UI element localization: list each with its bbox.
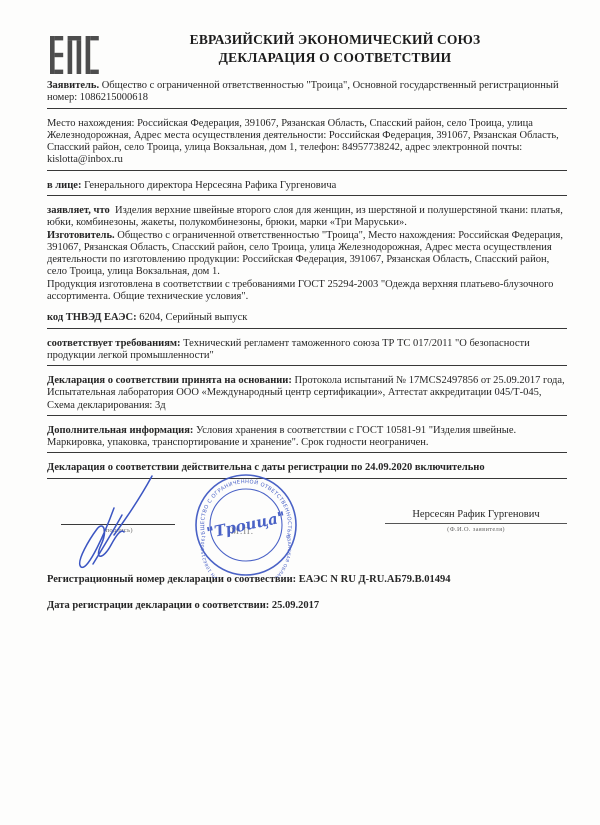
tnved-code-section: код ТНВЭД ЕАЭС: 6204, Серийный выпуск [47,312,567,328]
applicant-label: Заявитель. [47,80,99,91]
declaration-document: ЕВРАЗИЙСКИЙ ЭКОНОМИЧЕСКИЙ СОЮЗ ДЕКЛАРАЦИ… [0,0,600,825]
compliance-label: соответствует требованиям: [47,338,181,349]
applicant-name: Нерсесян Рафик Гургенович [385,509,567,524]
document-body: Заявитель. Общество с ограниченной ответ… [47,80,567,612]
production-note: Продукция изготовлена в соответствии с т… [47,279,553,302]
location-section: Место нахождения: Российская Федерация, … [47,118,567,171]
tnved-code-value: 6204, Серийный выпуск [139,312,247,323]
additional-info-section: Дополнительная информация: Условия хране… [47,425,567,454]
eac-logo [50,36,100,74]
registration-date-value: 25.09.2017 [272,600,319,611]
company-stamp: ОБЩЕСТВО С ОГРАНИЧЕННОЙ ОТВЕТСТВЕННОСТЬЮ… [193,472,299,578]
represented-by-text: Генерального директора Нерсесяна Рафика … [84,180,336,191]
registration-date-label: Дата регистрации декларации о соответств… [47,600,269,611]
applicant-text: Общество с ограниченной ответственностью… [47,80,559,103]
applicant-section: Заявитель. Общество с ограниченной ответ… [47,80,567,109]
additional-info-label: Дополнительная информация: [47,425,193,436]
represented-by-label: в лице: [47,180,81,191]
title-line-2: ДЕКЛАРАЦИЯ О СООТВЕТСТВИИ [110,49,560,67]
applicant-name-caption: (Ф.И.О. заявителя) [385,526,567,534]
basis-label: Декларация о соответствии принята на осн… [47,375,292,386]
manufacturer-text: Общество с ограниченной ответственностью… [47,230,563,278]
registration-date-line: Дата регистрации декларации о соответств… [47,600,567,612]
tnved-code-label: код ТНВЭД ЕАЭС: [47,312,137,323]
compliance-section: соответствует требованиям: Технический р… [47,338,567,367]
declaration-object-section: заявляет, что Изделия верхние швейные вт… [47,205,567,303]
title-line-1: ЕВРАЗИЙСКИЙ ЭКОНОМИЧЕСКИЙ СОЮЗ [110,31,560,49]
document-title: ЕВРАЗИЙСКИЙ ЭКОНОМИЧЕСКИЙ СОЮЗ ДЕКЛАРАЦИ… [110,31,560,67]
declares-text: Изделия верхние швейные второго слоя для… [47,205,563,228]
registration-number-value: ЕАЭС N RU Д-RU.АБ79.В.01494 [299,574,451,585]
basis-section: Декларация о соответствии принята на осн… [47,375,567,416]
represented-by-section: в лице: Генерального директора Нерсесяна… [47,180,567,196]
location-text: Место нахождения: Российская Федерация, … [47,118,559,166]
applicant-name-block: Нерсесян Рафик Гургенович (Ф.И.О. заявит… [385,509,567,534]
signature-block: М.П. ОБЩЕСТВО С ОГРАНИЧЕННОЙ ОТВЕТСТВЕНН… [47,488,567,572]
signature [62,474,197,582]
stamp-center-text: "Троица" [205,508,287,542]
declares-label: заявляет, что [47,205,110,216]
manufacturer-label: Изготовитель. [47,230,115,241]
